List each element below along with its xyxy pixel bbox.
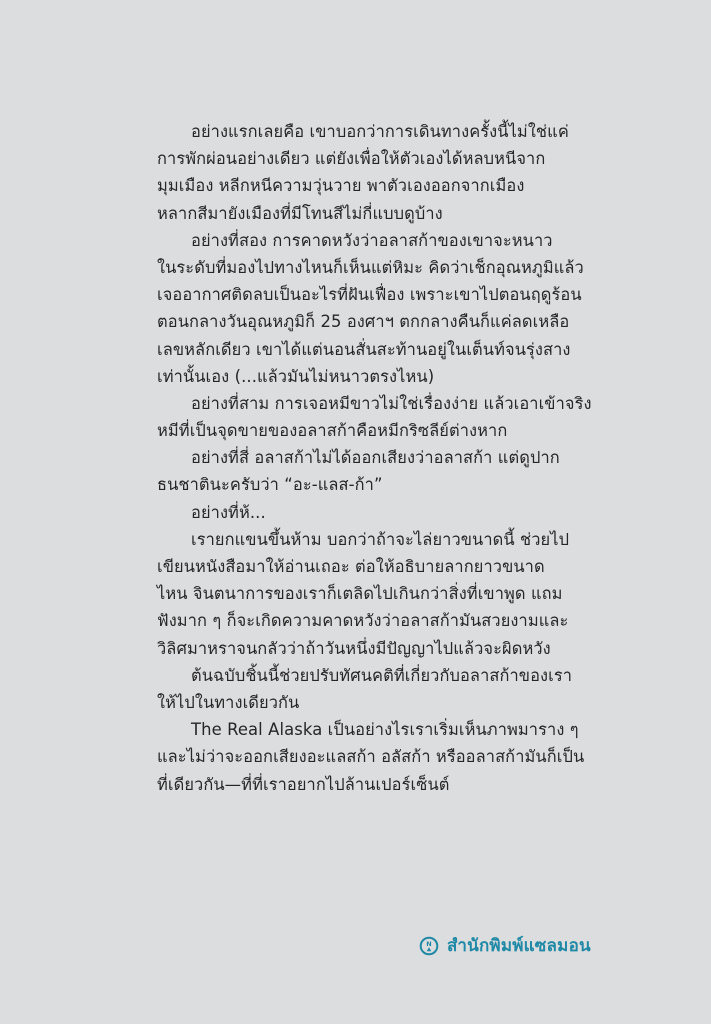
text-line: อย่างที่สาม การเจอหมีขาวไม่ใช่เรื่องง่าย… [157, 390, 612, 417]
text-line: เจออากาศติดลบเป็นอะไรที่ฝันเฟื่อง เพราะเ… [157, 281, 612, 308]
text-line: ธนชาตินะครับว่า “อะ-แลส-ก้า” [157, 471, 612, 498]
text-line: วิลิศมาหราจนกลัวว่าถ้าวันหนึ่งมีปัญญาไปแ… [157, 635, 612, 662]
text-line: ต้นฉบับชิ้นนี้ช่วยปรับทัศนคติที่เกี่ยวกั… [157, 662, 612, 689]
svg-text:N: N [426, 940, 431, 948]
text-line: ในระดับที่มองไปทางไหนก็เห็นแต่หิมะ คิดว่… [157, 254, 612, 281]
text-line: The Real Alaska เป็นอย่างไรเราเริ่มเห็นภ… [157, 716, 612, 743]
compass-n-icon: N [419, 936, 439, 956]
text-line: ฟังมาก ๆ ก็จะเกิดความคาดหวังว่าอลาสก้ามั… [157, 607, 612, 634]
text-line: หลากสีมายังเมืองที่มีโทนสีไม่กี่แบบดูบ้า… [157, 200, 612, 227]
text-line: ที่เดียวกัน—ที่ที่เราอยากไปล้านเปอร์เซ็น… [157, 771, 612, 798]
text-line: เลขหลักเดียว เขาได้แต่นอนสั่นสะท้านอยู่ใ… [157, 336, 612, 363]
text-line: หมีที่เป็นจุดขายของอลาสก้าคือหมีกริซลีย์… [157, 417, 612, 444]
publisher-logo: N สำนักพิมพ์แซลมอน [419, 932, 591, 959]
text-line: ตอนกลางวันอุณหภูมิก็ 25 องศาฯ ตกกลางคืนก… [157, 308, 612, 335]
text-line: อย่างแรกเลยคือ เขาบอกว่าการเดินทางครั้งน… [157, 118, 612, 145]
text-line: อย่างที่ห้... [157, 499, 612, 526]
text-line: อย่างที่สอง การคาดหวังว่าอลาสก้าของเขาจะ… [157, 227, 612, 254]
text-line: เขียนหนังสือมาให้อ่านเถอะ ต่อให้อธิบายลา… [157, 553, 612, 580]
text-line: และไม่ว่าจะออกเสียงอะแลสก้า อลัสก้า หรือ… [157, 743, 612, 770]
page-body-text: อย่างแรกเลยคือ เขาบอกว่าการเดินทางครั้งน… [157, 118, 612, 798]
text-line: มุมเมือง หลีกหนีความวุ่นวาย พาตัวเองออกจ… [157, 172, 612, 199]
text-line: ให้ไปในทางเดียวกัน [157, 689, 612, 716]
text-line: ไหน จินตนาการของเราก็เตลิดไปเกินกว่าสิ่ง… [157, 580, 612, 607]
publisher-name: สำนักพิมพ์แซลมอน [447, 932, 591, 959]
text-line: อย่างที่สี่ อลาสก้าไม่ได้ออกเสียงว่าอลาส… [157, 444, 612, 471]
text-line: เรายกแขนขึ้นห้าม บอกว่าถ้าจะไล่ยาวขนาดนี… [157, 526, 612, 553]
text-line: การพักผ่อนอย่างเดียว แต่ยังเพื่อให้ตัวเอ… [157, 145, 612, 172]
text-line: เท่านั้นเอง (...แล้วมันไม่หนาวตรงไหน) [157, 363, 612, 390]
